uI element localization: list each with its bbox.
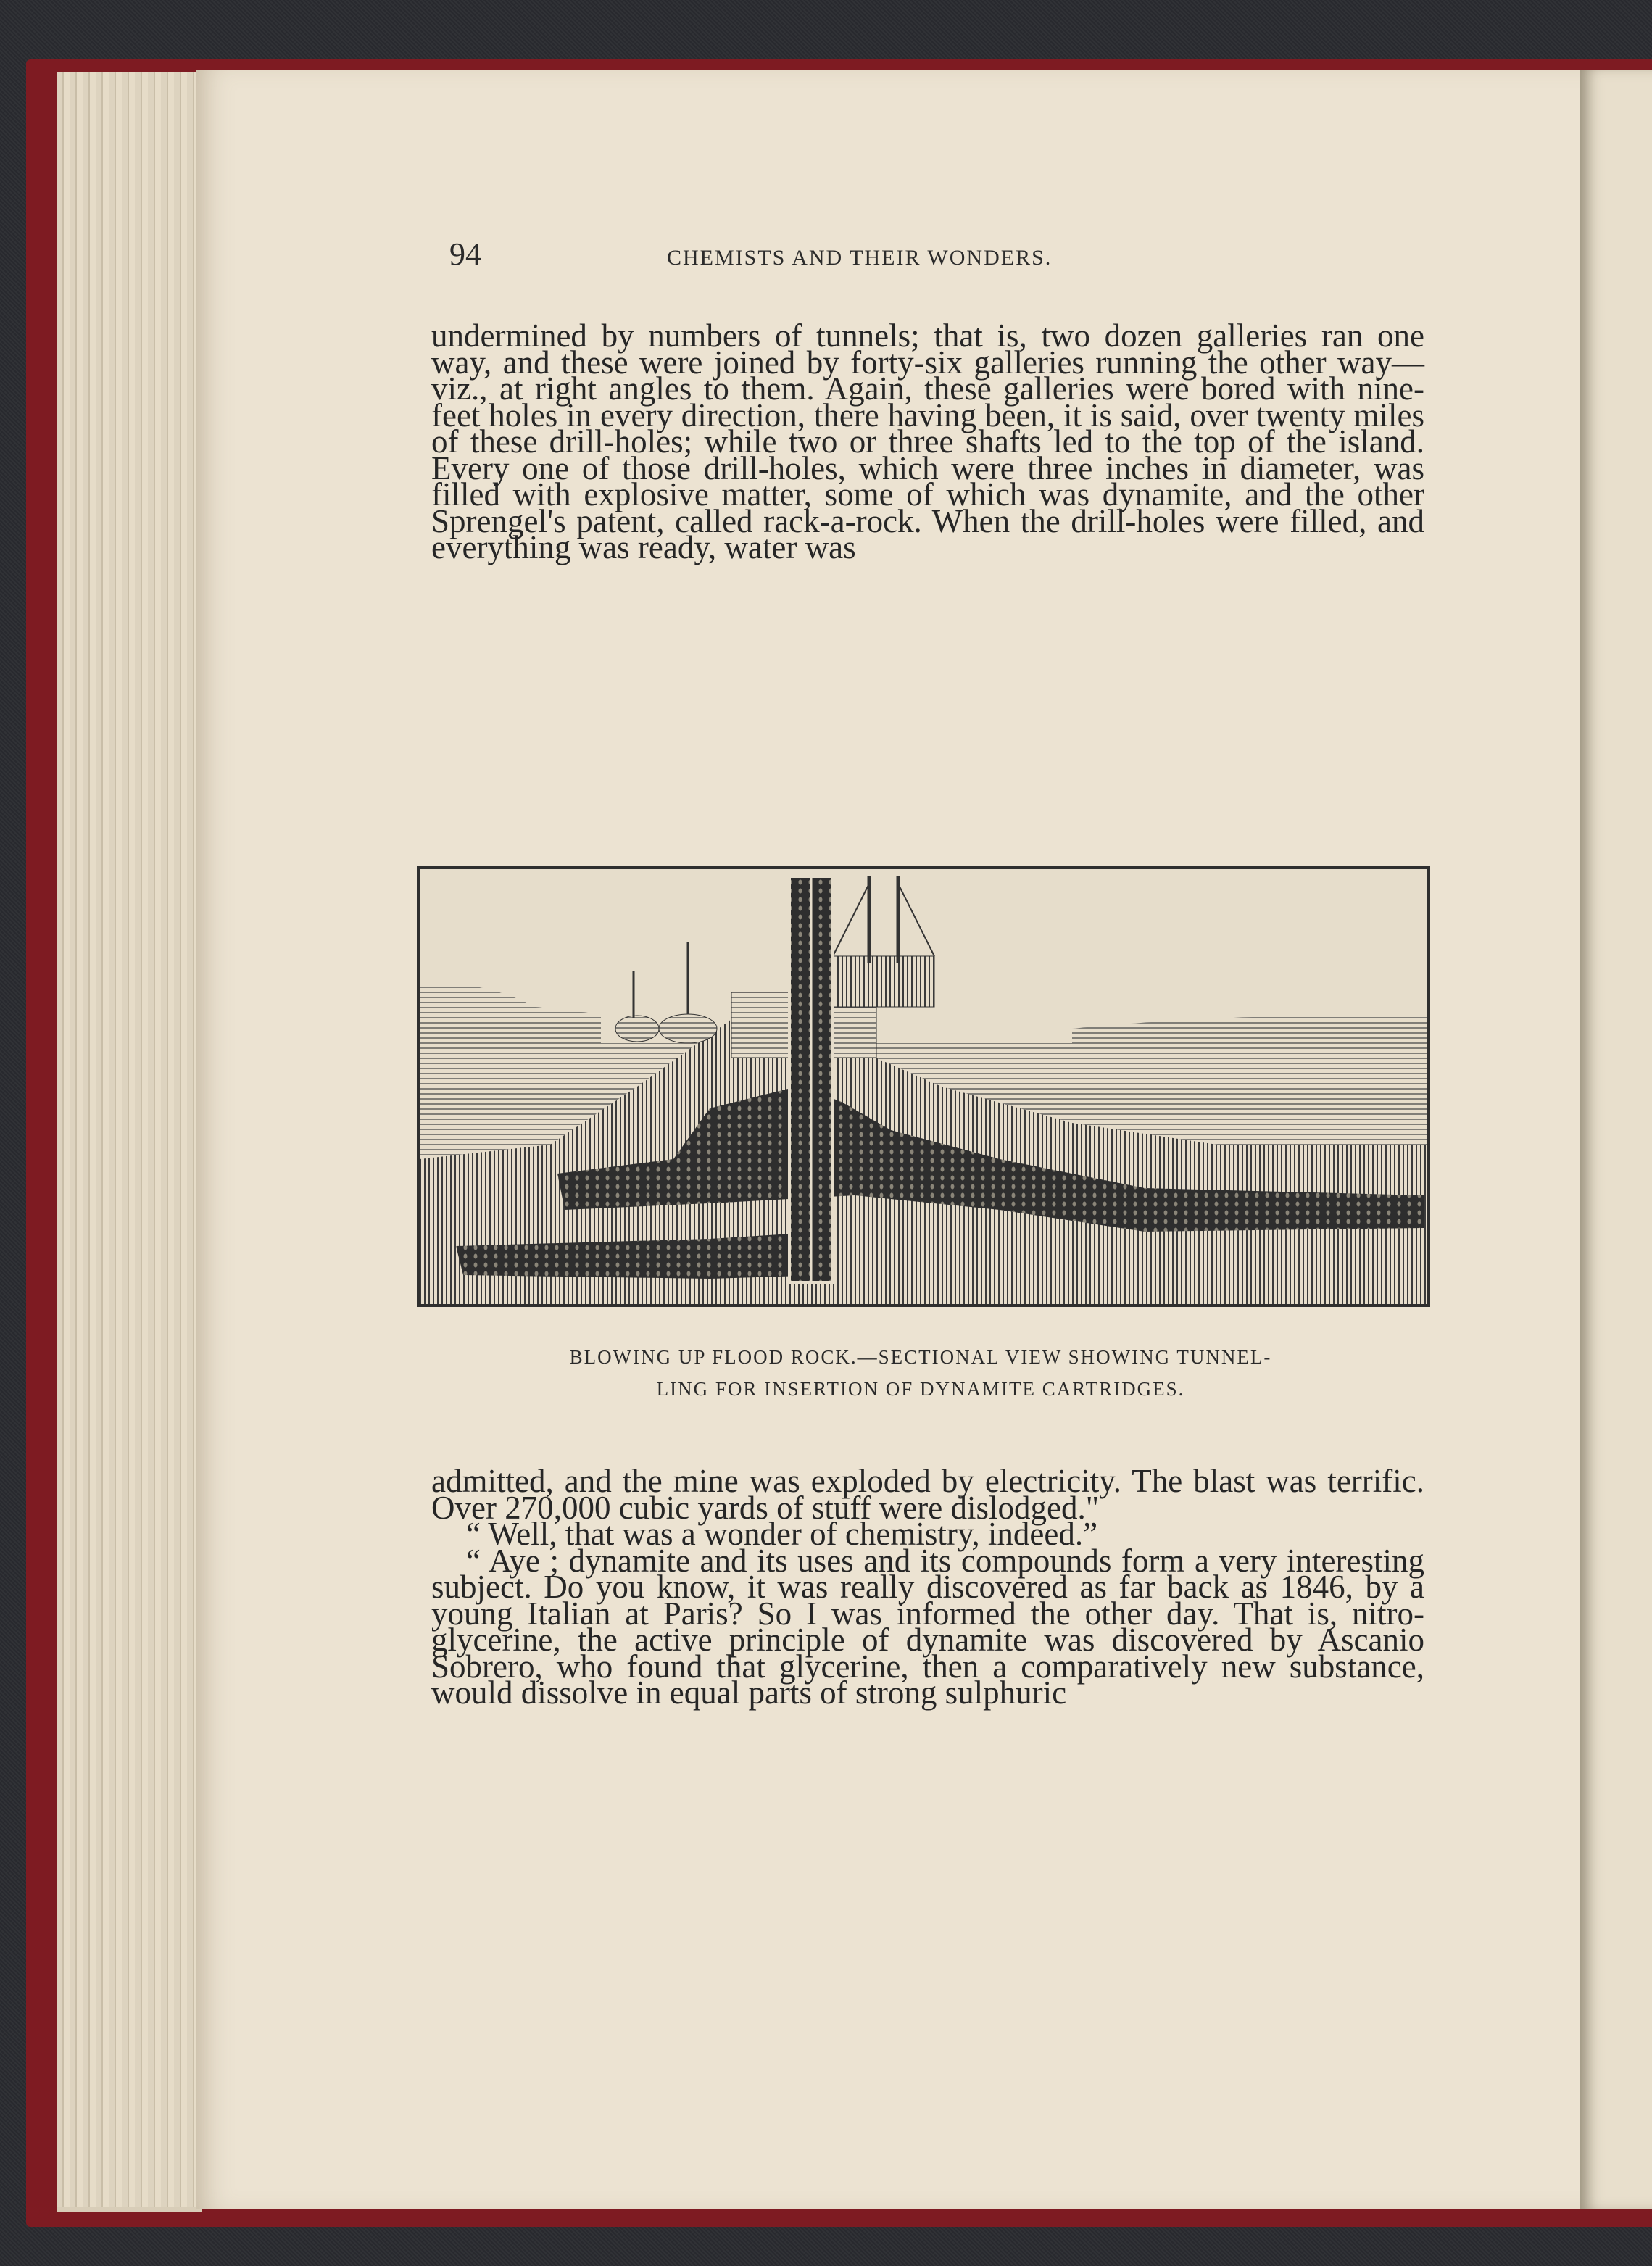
engraving-icon (420, 869, 1427, 1304)
body-text-top: undermined by numbers of tunnels; that i… (431, 323, 1424, 561)
paragraph: undermined by numbers of tunnels; that i… (431, 323, 1424, 561)
facing-page-edge (1580, 70, 1652, 2209)
paragraph: “ Aye ; dynamite and its uses and its co… (431, 1548, 1424, 1706)
paragraph: admitted, and the mine was exploded by e… (431, 1468, 1424, 1521)
page-number: 94 (449, 236, 481, 273)
flood-rock-illustration (417, 866, 1430, 1307)
figure-caption: BLOWING UP FLOOD ROCK.—SECTIONAL VIEW SH… (428, 1341, 1414, 1405)
page-edges (57, 72, 202, 2212)
caption-line-2: LING FOR INSERTION OF DYNAMITE CARTRIDGE… (428, 1373, 1414, 1405)
running-head: CHEMISTS AND THEIR WONDERS. (667, 246, 1052, 270)
page-header: 94 CHEMISTS AND THEIR WONDERS. (449, 236, 1421, 279)
caption-line-1: BLOWING UP FLOOD ROCK.—SECTIONAL VIEW SH… (428, 1341, 1414, 1373)
body-text-bottom: admitted, and the mine was exploded by e… (431, 1468, 1424, 1706)
